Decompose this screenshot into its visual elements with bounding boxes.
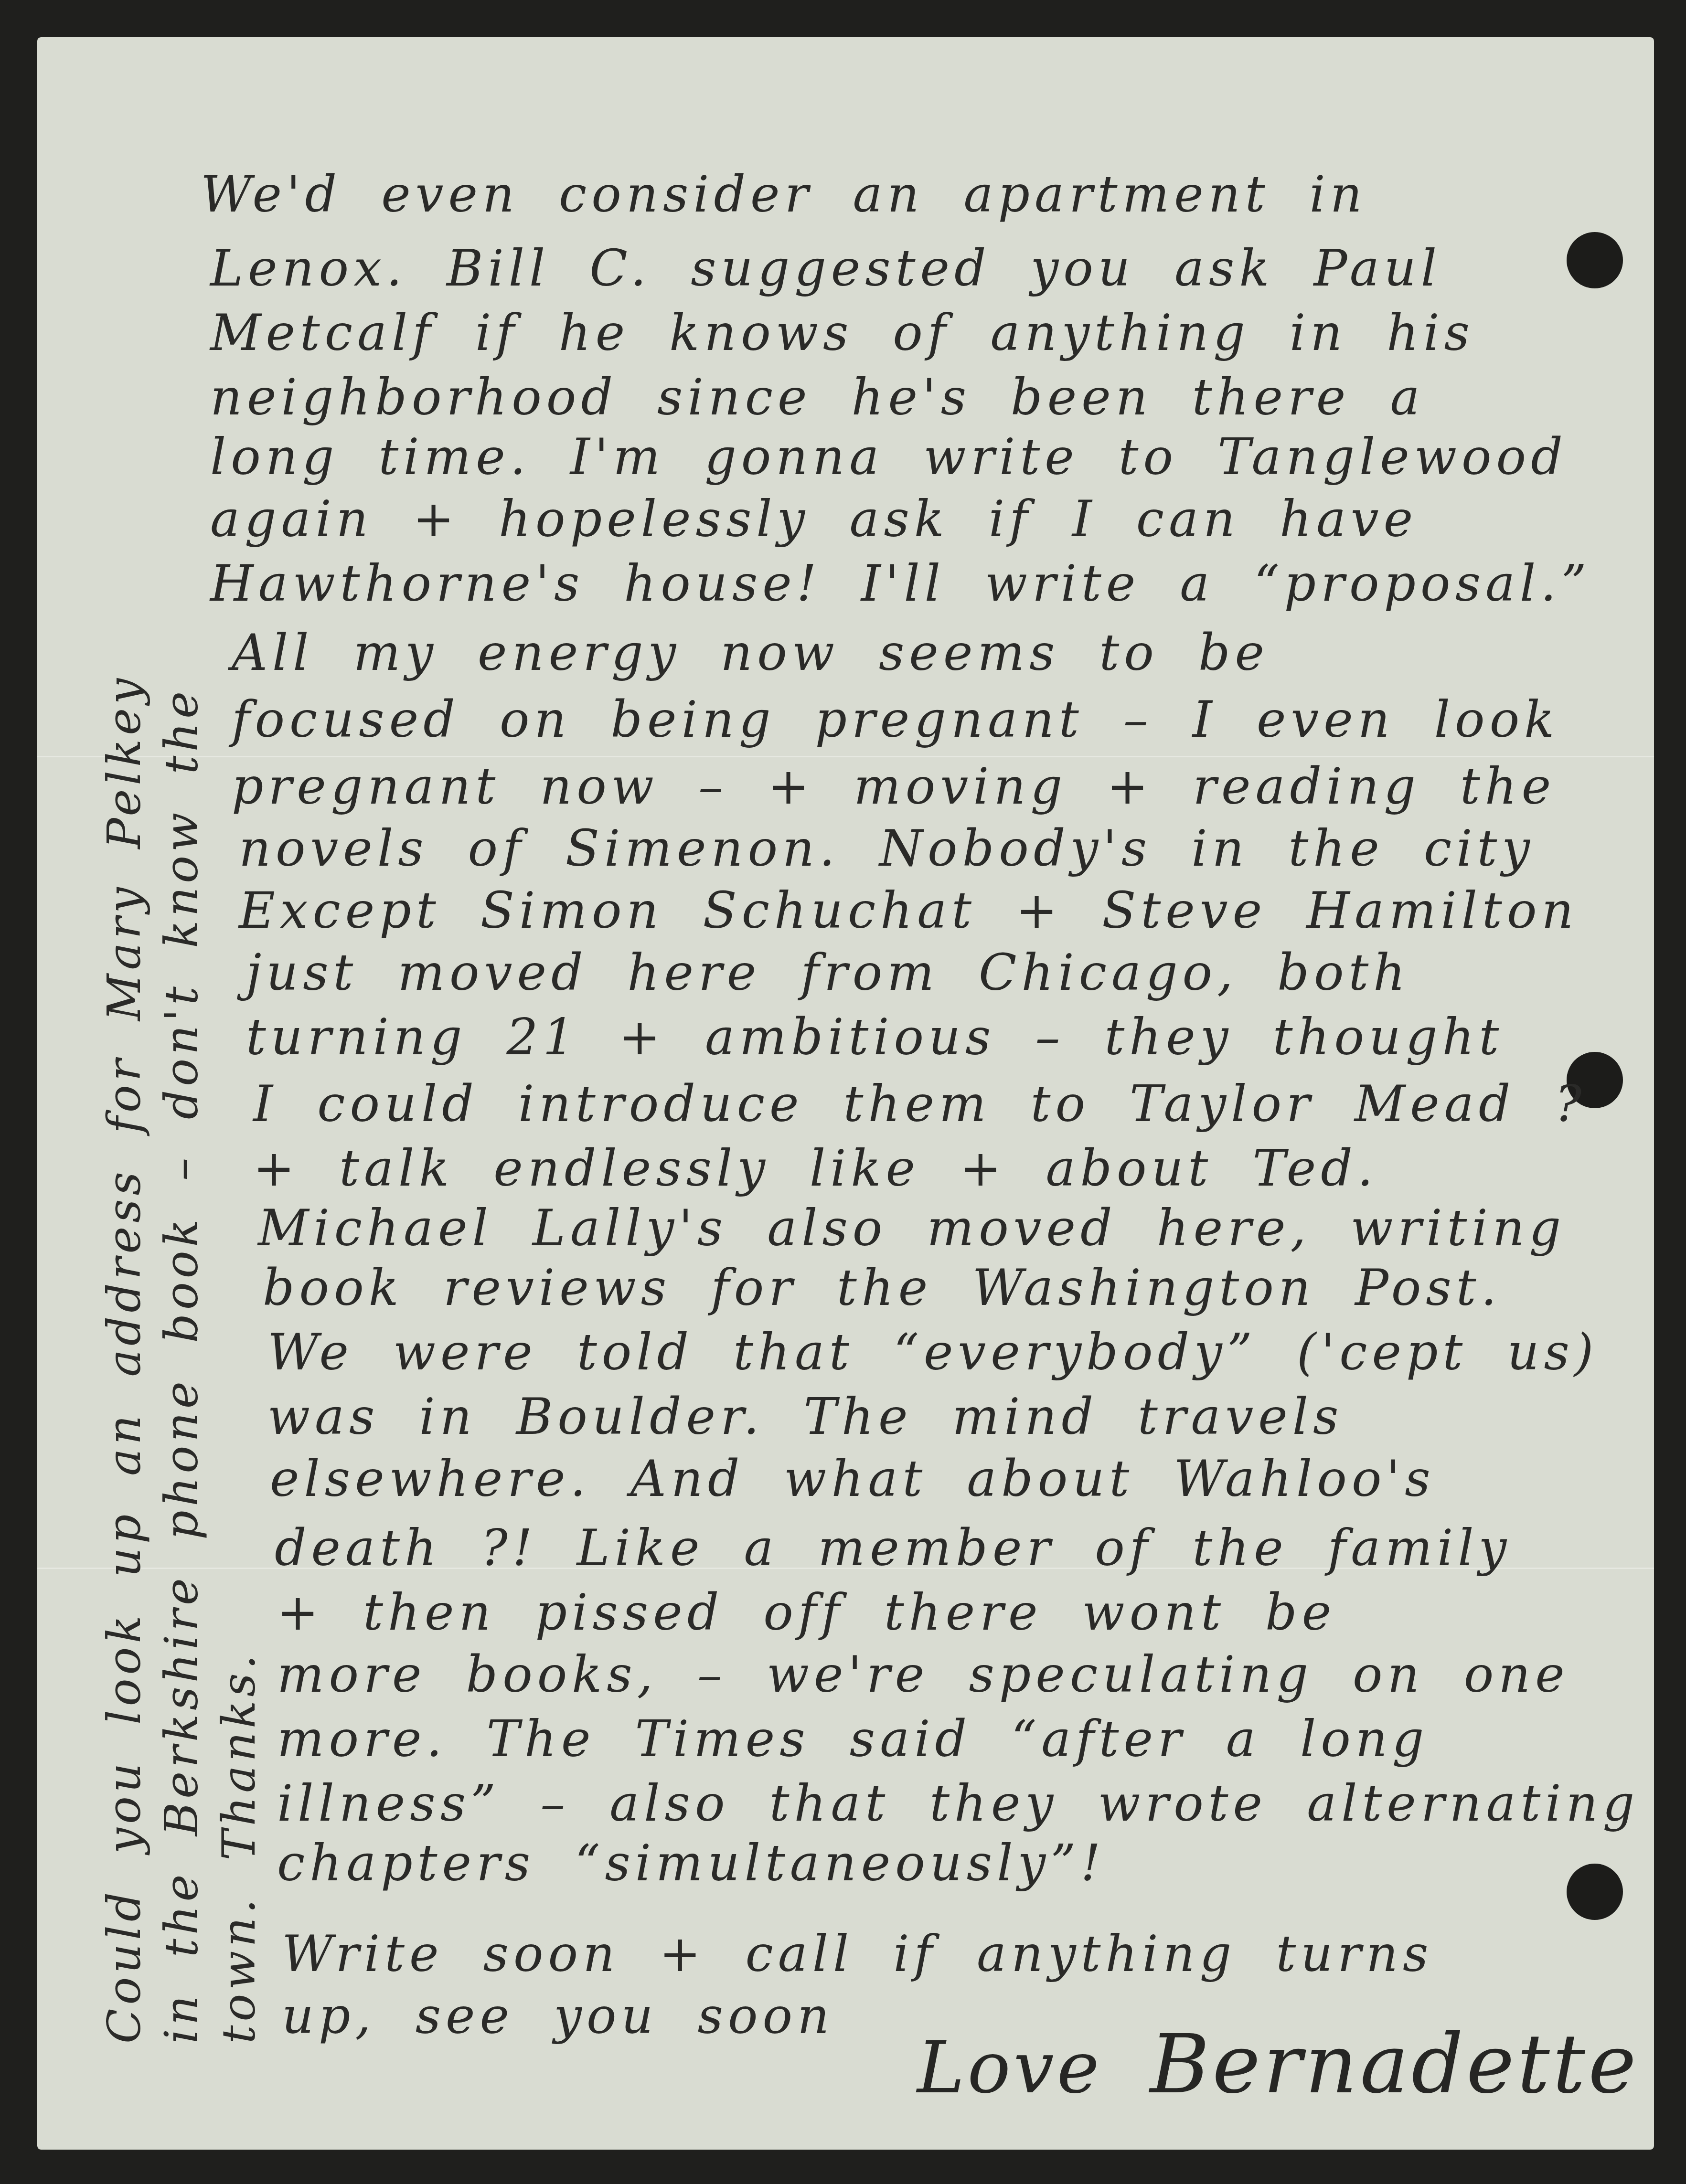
letter-line: book reviews for the Washington Post. xyxy=(263,1263,1501,1313)
letter-line: neighborhood since he's been there a xyxy=(210,372,1424,422)
letter-line: again + hopelessly ask if I can have xyxy=(210,494,1418,544)
letter-line: + then pissed off there wont be xyxy=(277,1588,1336,1637)
punch-hole xyxy=(1567,232,1623,288)
closing-line: up, see you soon xyxy=(282,1991,834,2041)
letter-line: We were told that “everybody” ('cept us) xyxy=(267,1327,1598,1377)
letter-line: illness” – also that they wrote alternat… xyxy=(277,1779,1639,1828)
letter-line: I could introduce them to Taylor Mead ? xyxy=(253,1079,1586,1129)
signature: Bernadette xyxy=(1150,2017,1639,2112)
letter-line: We'd even consider an apartment in xyxy=(201,170,1367,219)
margin-note-line: in the Berkshire phone book – don't know… xyxy=(153,468,210,2044)
signature-block: LoveBernadette xyxy=(917,2017,1639,2112)
letter-line: just moved here from Chicago, both xyxy=(246,948,1410,997)
punch-hole xyxy=(1567,1864,1623,1920)
letter-line: Michael Lally's also moved here, writing xyxy=(258,1203,1566,1253)
letter-line: Except Simon Schuchat + Steve Hamilton xyxy=(239,886,1578,935)
closing-line: Write soon + call if anything turns xyxy=(282,1929,1433,1979)
letter-line: Hawthorne's house! I'll write a “proposa… xyxy=(210,559,1591,608)
letter-line: novels of Simenon. Nobody's in the city xyxy=(239,824,1535,873)
margin-note-line: town. Thanks. xyxy=(210,468,267,2044)
letter-line: death ?! Like a member of the family xyxy=(275,1523,1511,1573)
letter-line: focused on being pregnant – I even look xyxy=(232,695,1559,744)
letter-line: Lenox. Bill C. suggested you ask Paul xyxy=(210,244,1441,293)
letter-line: was in Boulder. The mind travels xyxy=(267,1392,1343,1442)
letter-line: All my energy now seems to be xyxy=(232,628,1269,678)
margin-note: Could you look up an address for Mary Pe… xyxy=(96,468,267,2044)
letter-line: chapters “simultaneously”! xyxy=(277,1838,1105,1888)
letter-line: Metcalf if he knows of anything in his xyxy=(210,308,1474,358)
letter-line: more books, – we're speculating on one xyxy=(277,1650,1569,1699)
letter-line: long time. I'm gonna write to Tanglewood xyxy=(210,432,1568,482)
letter-line: pregnant now – + moving + reading the xyxy=(232,762,1556,811)
salutation: Love xyxy=(917,2026,1102,2110)
margin-note-line: Could you look up an address for Mary Pe… xyxy=(96,468,153,2044)
letter-line: more. The Times said “after a long xyxy=(277,1714,1429,1764)
letter-line: elsewhere. And what about Wahloo's xyxy=(270,1454,1435,1504)
letter-line: turning 21 + ambitious – they thought xyxy=(246,1012,1504,1062)
letter-line: + talk endlessly like + about Ted. xyxy=(253,1144,1378,1193)
